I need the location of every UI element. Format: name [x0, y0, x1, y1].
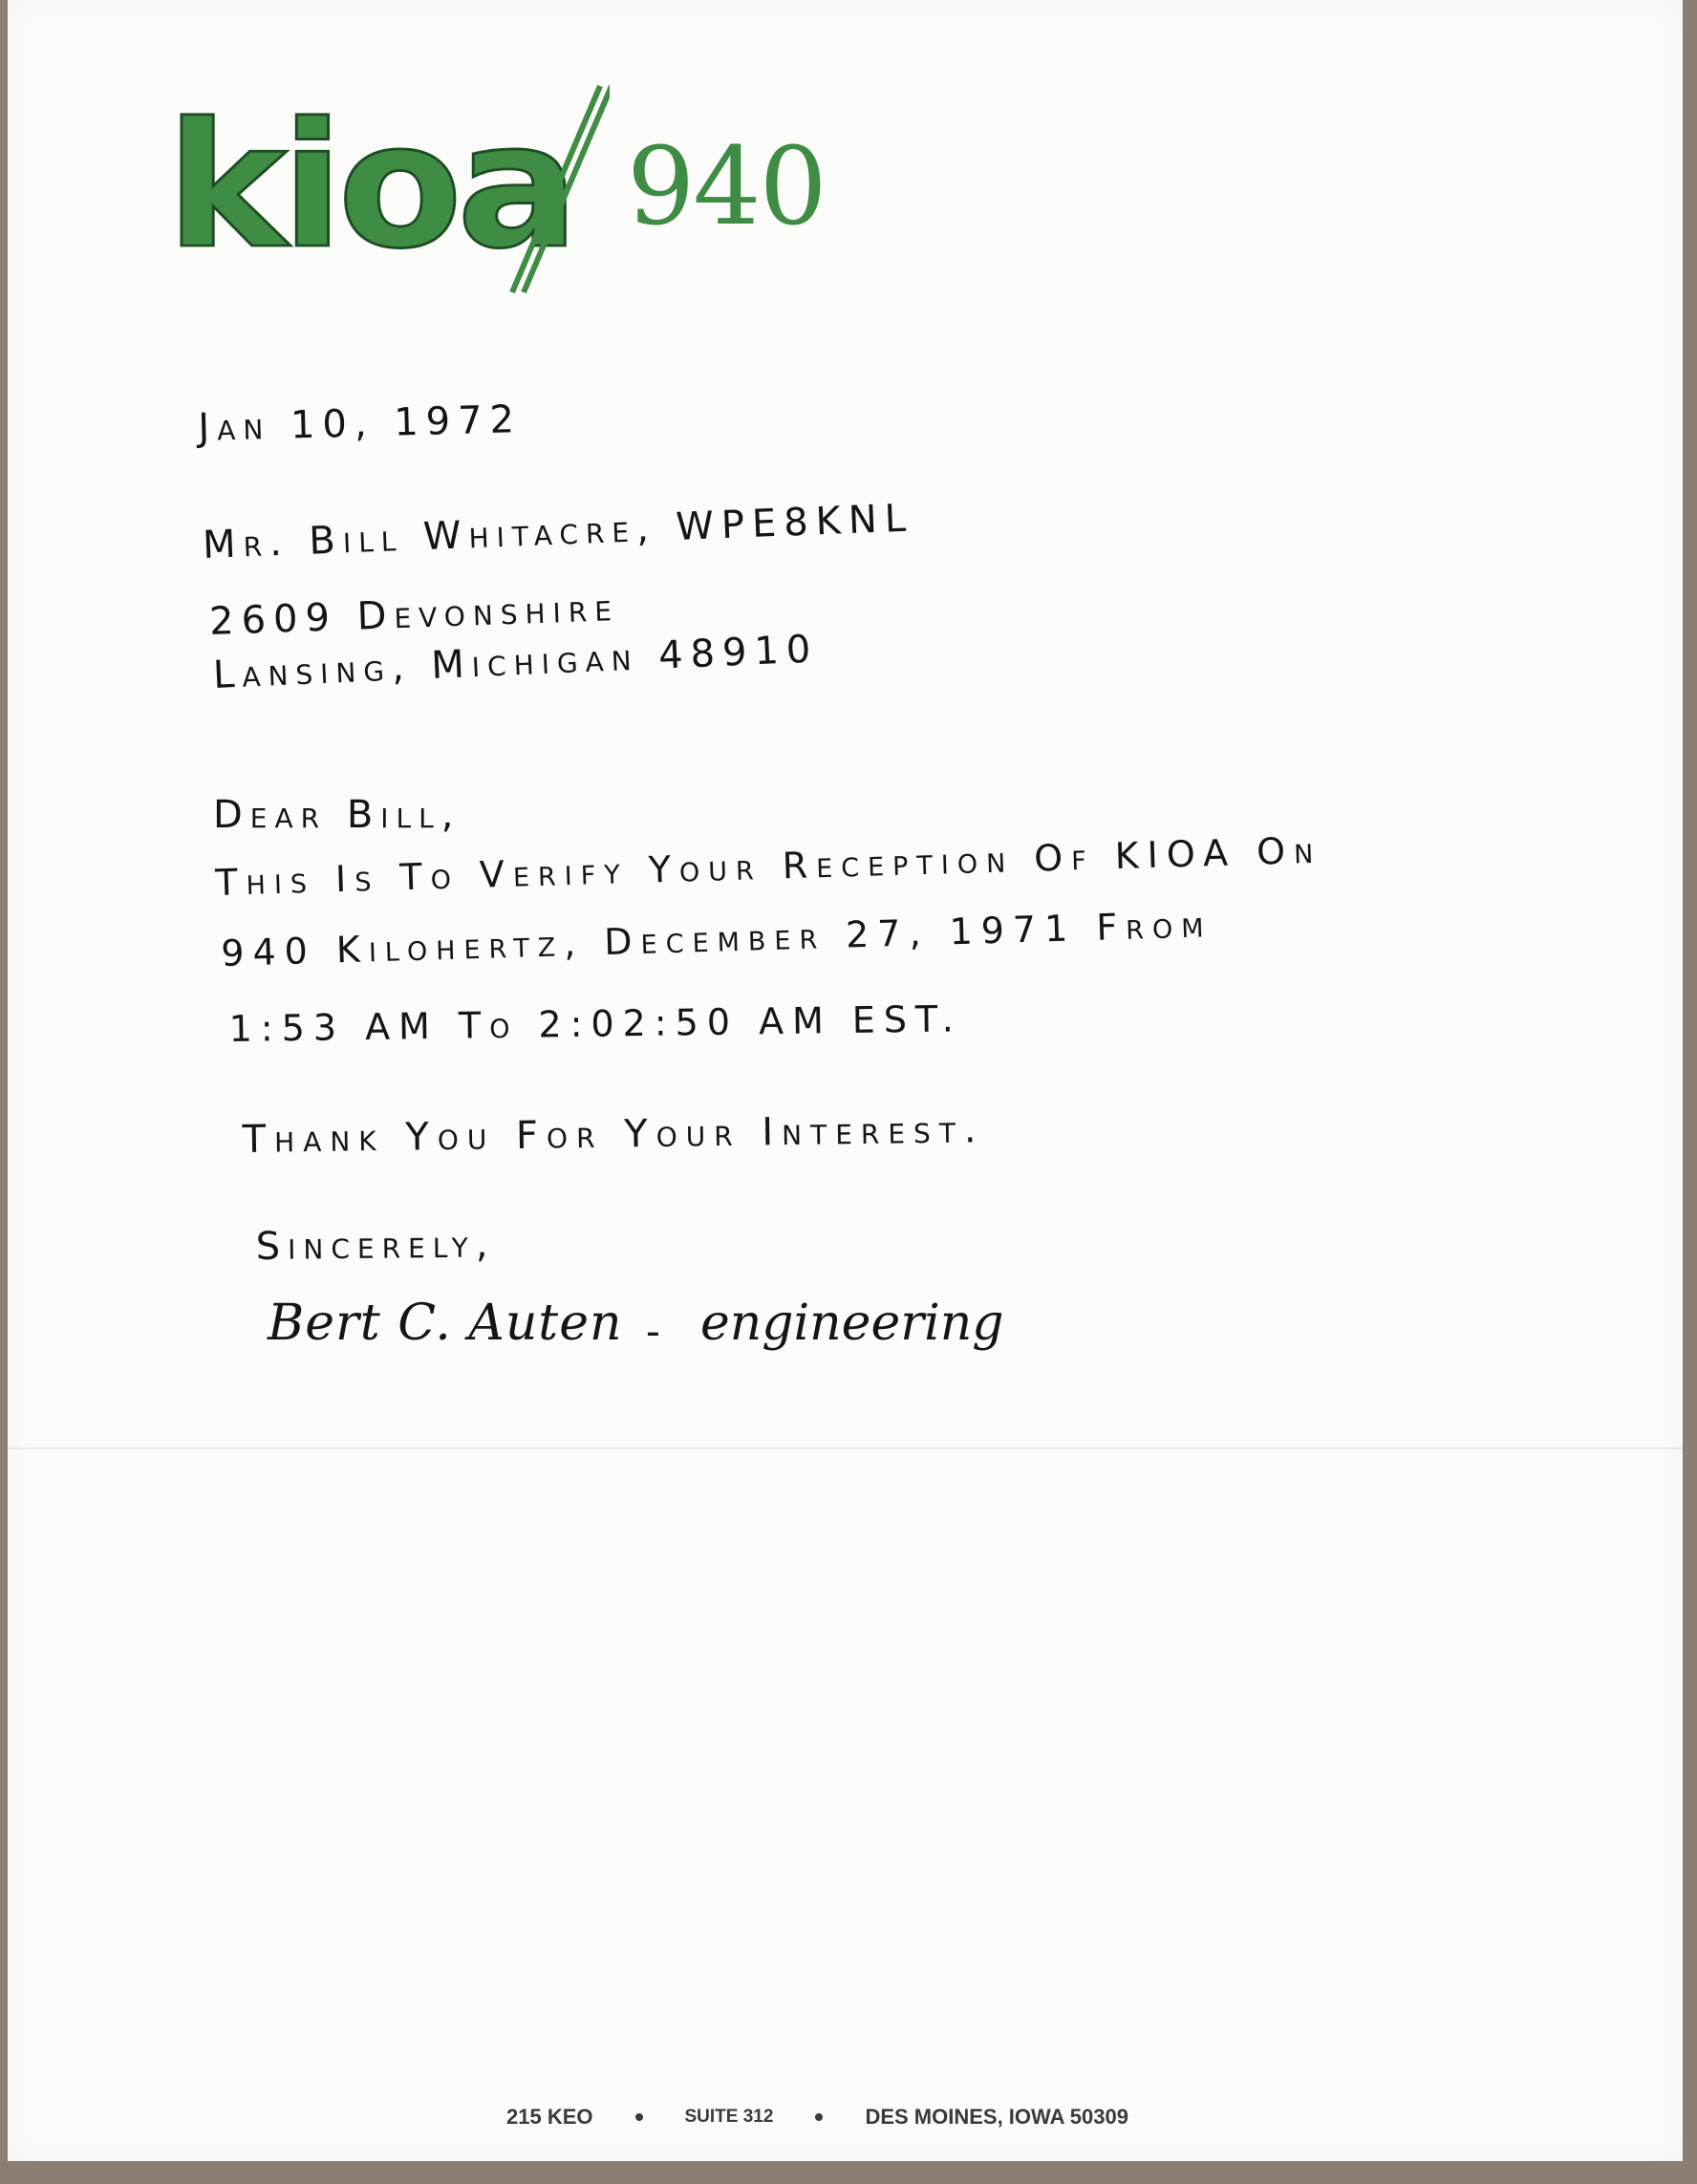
letter-page: kioa 940 Jan 10, 1972 Mr. Bill Whitacre,…	[8, 0, 1683, 2161]
letter-date: Jan 10, 1972	[198, 397, 523, 450]
bullet-icon	[635, 2113, 643, 2121]
paper-fold-line	[8, 1447, 1683, 1449]
body-line: 940 Kilohertz, December 27, 1971 From	[221, 903, 1213, 974]
recipient-name: Mr. Bill Whitacre, WPE8KNL	[202, 496, 914, 567]
footer-street: 215 KEO	[506, 2105, 593, 2130]
footer-suite: SUITE 312	[685, 2107, 774, 2128]
signature: Bert C. Auten	[268, 1295, 622, 1352]
closing: Sincerely,	[256, 1222, 496, 1269]
body-line: 1:53 AM To 2:02:50 AM EST.	[228, 997, 962, 1050]
salutation: Dear Bill,	[213, 793, 461, 837]
footer-city: DES MOINES, IOWA 50309	[865, 2105, 1128, 2130]
thanks-line: Thank You For Your Interest.	[242, 1107, 985, 1162]
double-slash-icon	[505, 84, 610, 294]
bullet-icon	[815, 2113, 823, 2121]
letterhead-footer: 215 KEO SUITE 312 DES MOINES, IOWA 50309	[506, 2105, 1128, 2130]
signature-title: engineering	[700, 1295, 1003, 1352]
recipient-street: 2609 Devonshire	[208, 586, 619, 644]
station-frequency: 940	[627, 134, 826, 241]
body-line: This Is To Verify Your Reception Of KIOA…	[215, 829, 1322, 904]
signature-separator: -	[646, 1307, 660, 1356]
